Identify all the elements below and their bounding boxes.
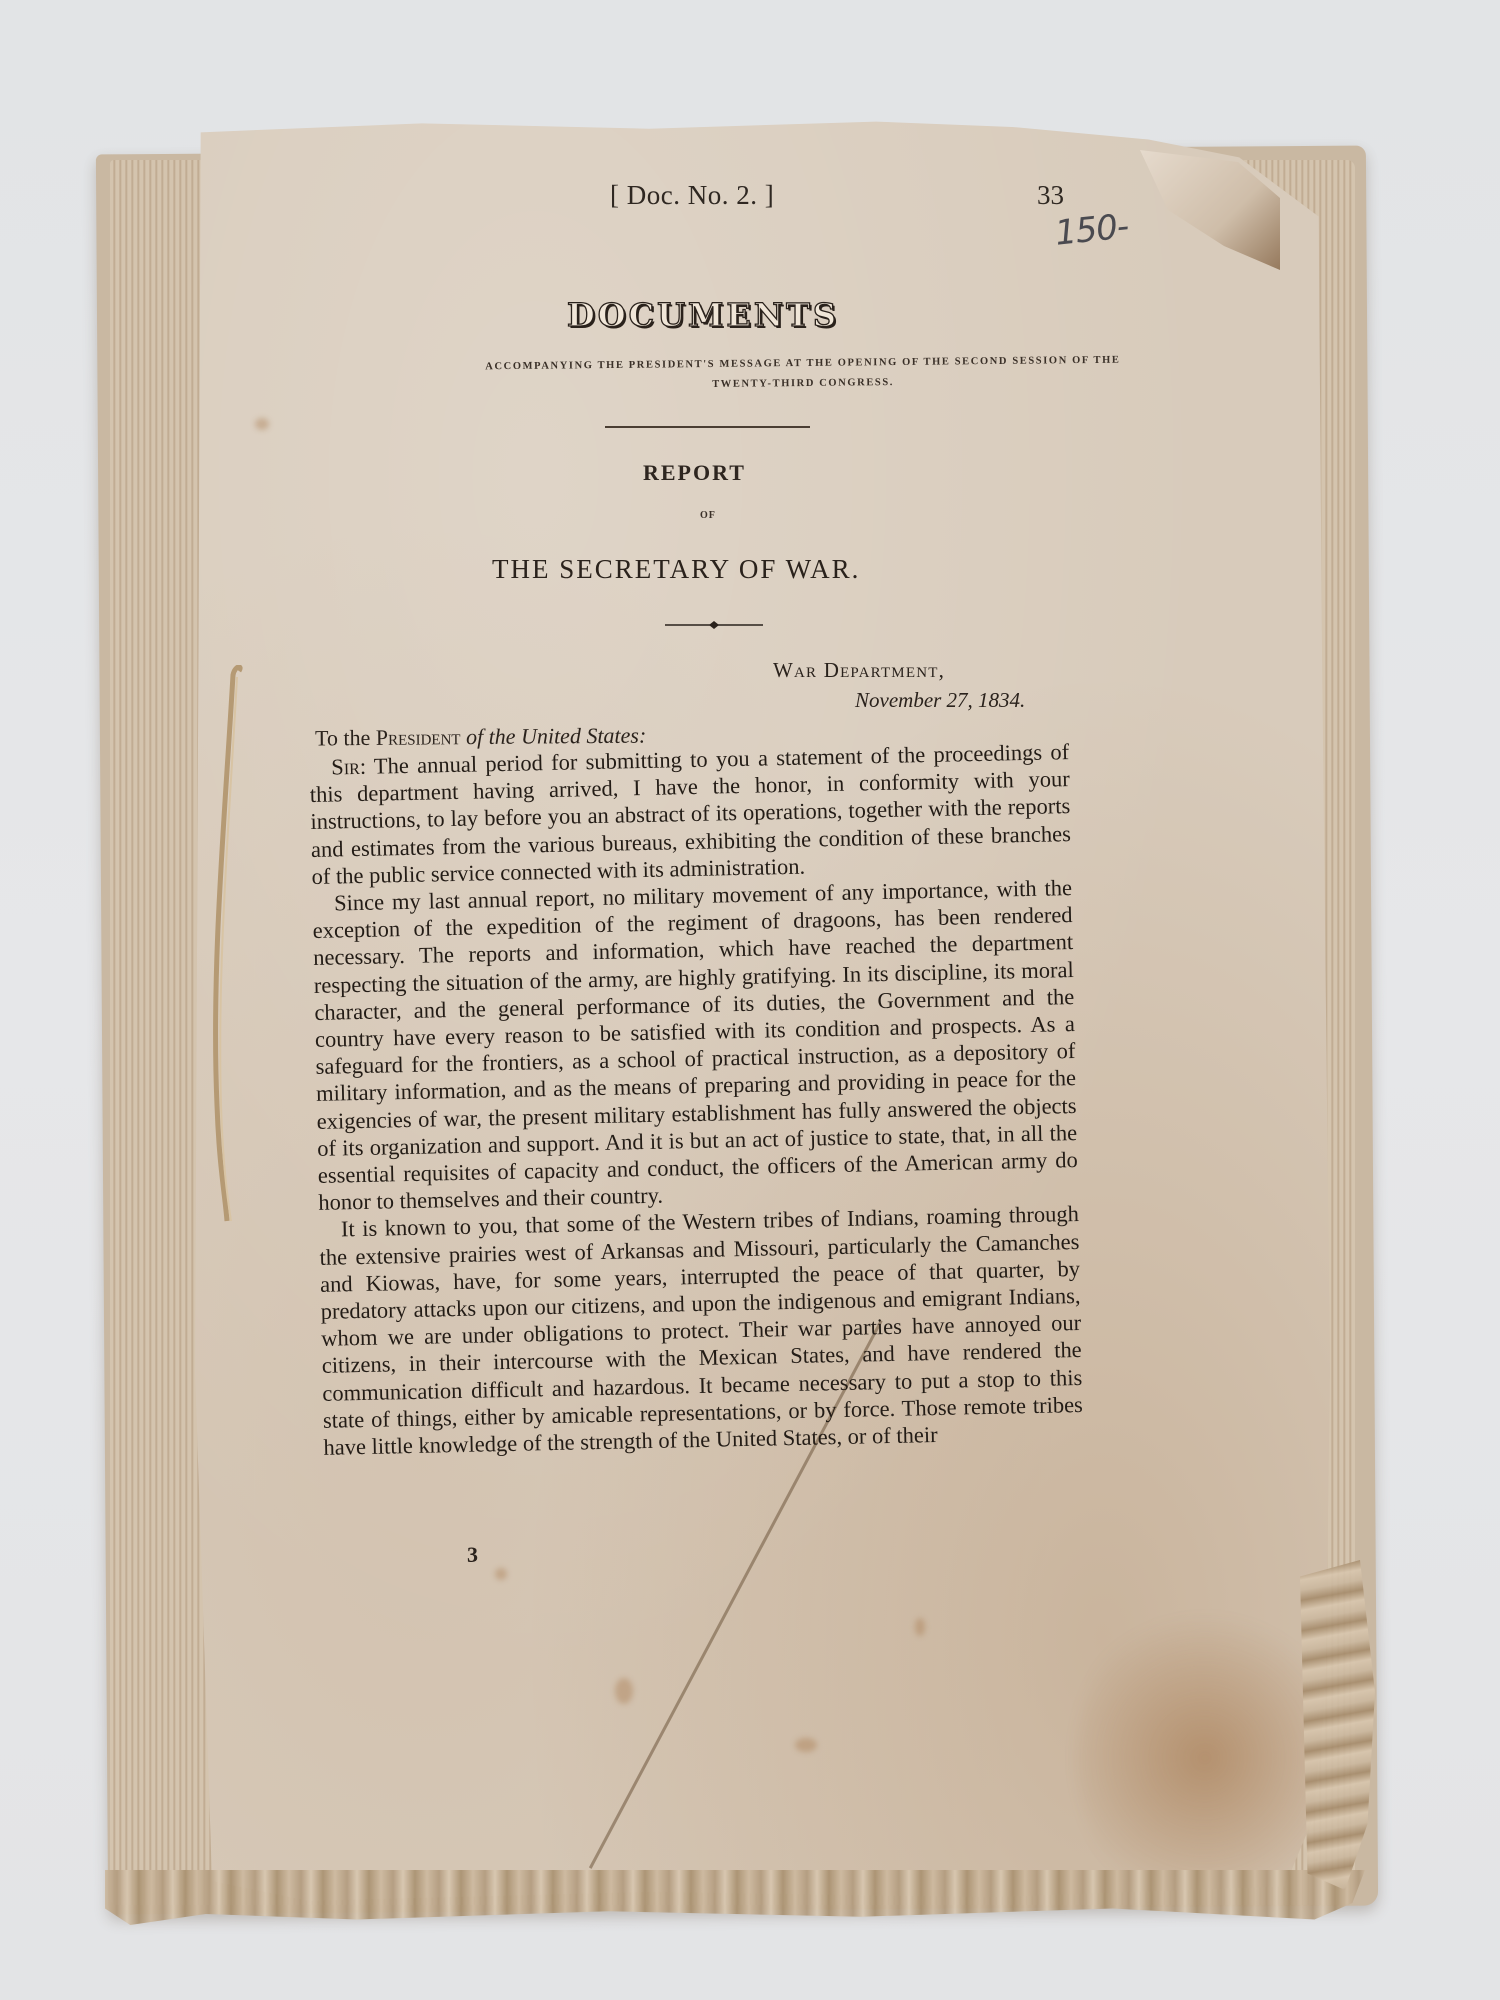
doc-number-label: [ Doc. No. 2. ] [610, 180, 774, 211]
paragraph-text: Since my last annual report, no military… [312, 875, 1077, 1215]
paragraph: It is known to you, that some of the Wes… [319, 1200, 1084, 1461]
dateline-date-text: November 27, 1834. [855, 688, 1025, 712]
salutation-prefix: To the [315, 725, 376, 751]
divider-rule [605, 426, 810, 428]
paragraph-text: It is known to you, that some of the Wes… [319, 1201, 1083, 1459]
page-number: 33 [1037, 180, 1064, 211]
of-label: OF [700, 510, 716, 521]
paragraph: Sir: The annual period for submitting to… [309, 738, 1072, 890]
signature-mark: 3 [467, 1542, 478, 1568]
dateline-department: War Department, [773, 658, 945, 683]
paragraph: Since my last annual report, no military… [312, 874, 1079, 1216]
handwritten-price-note: 150- [1053, 206, 1130, 253]
dateline-date: November 27, 1834. [855, 688, 1025, 713]
ornament-divider-icon [665, 620, 763, 630]
paragraph-text: : The annual period for submitting to yo… [310, 739, 1071, 889]
documents-heading: DOCUMENTS [195, 296, 1330, 334]
letter-body: Sir: The annual period for submitting to… [309, 738, 1084, 1461]
paragraph-lead: Sir [331, 754, 360, 780]
salutation-title: President [376, 724, 461, 750]
secretary-heading: THE SECRETARY OF WAR. [492, 554, 860, 585]
document-content: [ Doc. No. 2. ] 33 150- DOCUMENTS ACCOMP… [195, 118, 1330, 1908]
salutation-suffix: of the United States: [460, 723, 646, 750]
report-heading: REPORT [195, 460, 1330, 486]
subtitle: ACCOMPANYING THE PRESIDENT'S MESSAGE AT … [323, 349, 1283, 399]
